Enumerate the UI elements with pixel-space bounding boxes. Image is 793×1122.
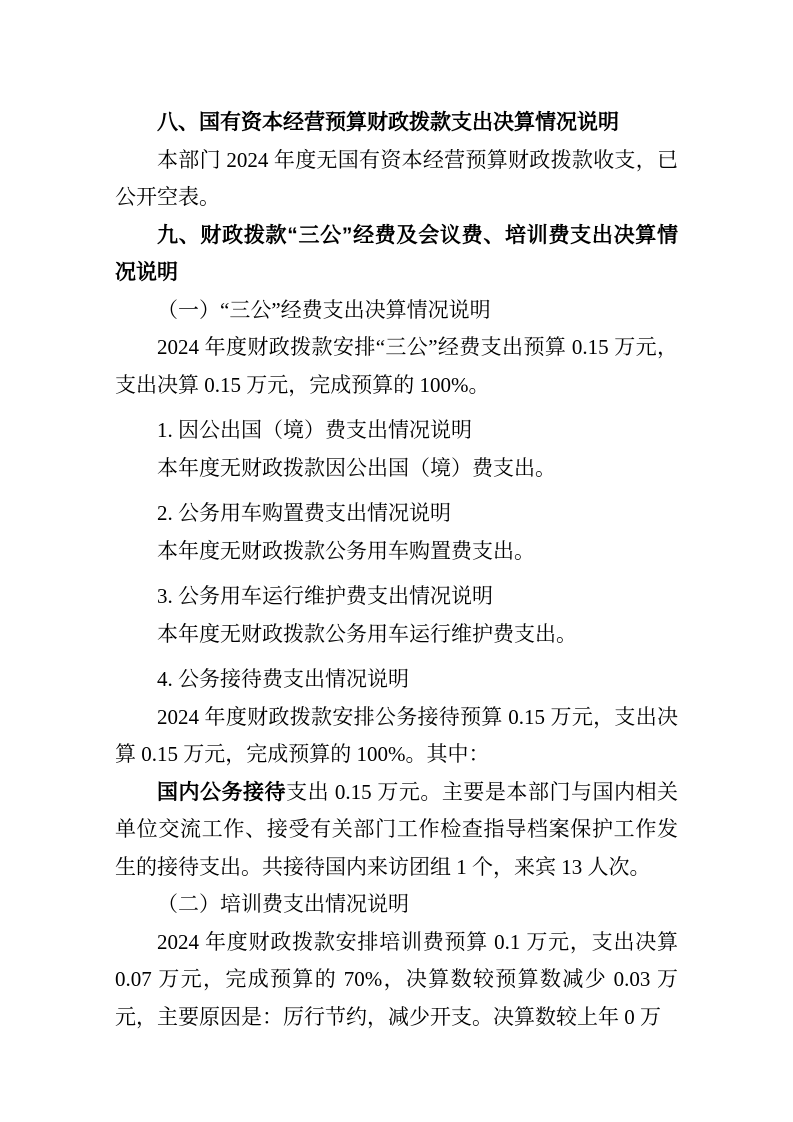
paragraph-three-public-funds-summary: 2024 年度财政拨款安排“三公”经费支出预算 0.15 万元，支出决算 0.1… bbox=[115, 329, 678, 404]
paragraph-vehicle-purchase: 本年度无财政拨款公务用车购置费支出。 bbox=[115, 533, 678, 571]
section-heading-9: 九、财政拨款“三公”经费及会议费、培训费支出决算情况说明 bbox=[115, 217, 678, 292]
paragraph-no-soe-budget: 本部门 2024 年度无国有资本经营预算财政拨款收支，已公开空表。 bbox=[115, 142, 678, 217]
paragraph-official-reception-summary: 2024 年度财政拨款安排公务接待预算 0.15 万元，支出决算 0.15 万元… bbox=[115, 699, 678, 774]
paragraph-vehicle-maintenance: 本年度无财政拨款公务用车运行维护费支出。 bbox=[115, 616, 678, 654]
subheading-overseas-travel: 1. 因公出国（境）费支出情况说明 bbox=[115, 412, 678, 450]
subheading-three-public-funds: （一）“三公”经费支出决算情况说明 bbox=[115, 292, 678, 330]
paragraph-overseas-travel: 本年度无财政拨款因公出国（境）费支出。 bbox=[115, 450, 678, 488]
section-heading-8: 八、国有资本经营预算财政拨款支出决算情况说明 bbox=[115, 104, 678, 142]
subheading-vehicle-maintenance: 3. 公务用车运行维护费支出情况说明 bbox=[115, 578, 678, 616]
paragraph-training-fee-summary: 2024 年度财政拨款安排培训费预算 0.1 万元，支出决算 0.07 万元，完… bbox=[115, 924, 678, 1037]
subheading-training-fee: （二）培训费支出情况说明 bbox=[115, 886, 678, 924]
subheading-vehicle-purchase: 2. 公务用车购置费支出情况说明 bbox=[115, 495, 678, 533]
domestic-reception-bold-label: 国内公务接待 bbox=[157, 781, 286, 804]
document-page: 八、国有资本经营预算财政拨款支出决算情况说明 本部门 2024 年度无国有资本经… bbox=[0, 0, 793, 1122]
subheading-official-reception: 4. 公务接待费支出情况说明 bbox=[115, 661, 678, 699]
paragraph-domestic-reception: 国内公务接待支出 0.15 万元。主要是本部门与国内相关单位交流工作、接受有关部… bbox=[115, 774, 678, 887]
document-body: 八、国有资本经营预算财政拨款支出决算情况说明 本部门 2024 年度无国有资本经… bbox=[0, 0, 793, 1036]
